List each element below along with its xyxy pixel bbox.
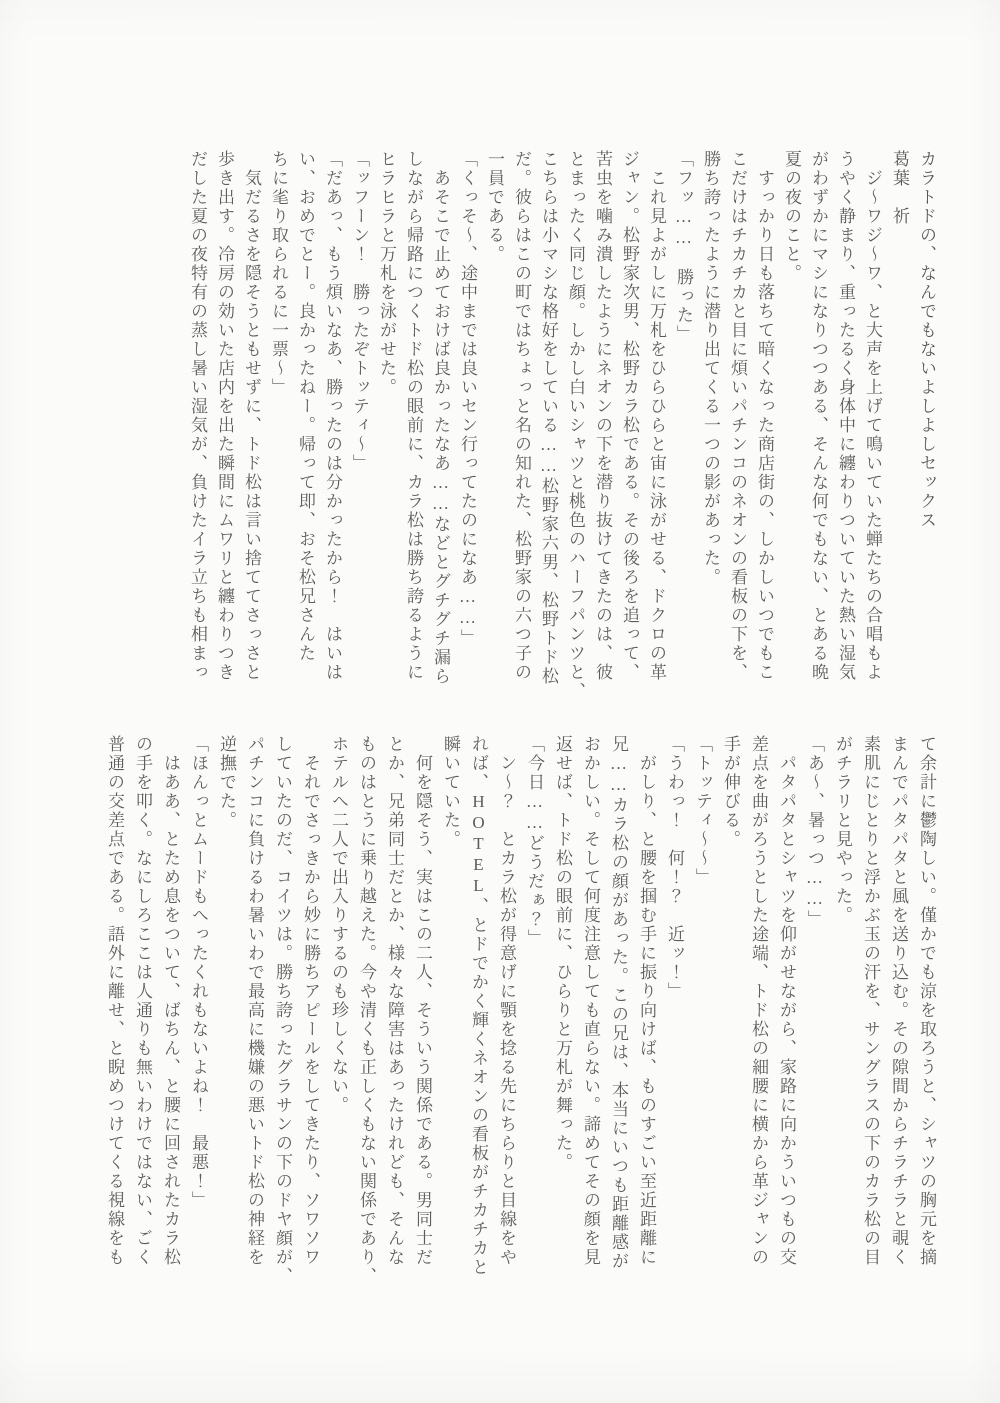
- text-column: 返せば、トド松の眼前に、ひらりと万札が舞った。: [548, 735, 576, 1310]
- text-column: これ見よがしに万札をひらひらと宙に泳がせる、ドクロの革: [643, 150, 670, 725]
- text-column: だした夏の夜特有の蒸し暑い湿気が、負けたイラ立ちも相まっ: [184, 150, 211, 725]
- text-column: 素肌にじとりと浮かぶ玉の汗を、サングラスの下のカラ松の目: [856, 735, 884, 1310]
- text-column: 逆撫でた。: [212, 735, 240, 1310]
- text-column: 「ッフーン！ 勝ったぞトッティ〜」: [346, 150, 373, 725]
- text-column: しながら帰路につくトド松の眼前に、カラ松は勝ち誇るように: [400, 150, 427, 725]
- text-column: ジ〜ワジ〜ワ、と大声を上げて鳴いていた蝉たちの合唱もよ: [859, 150, 886, 725]
- text-column: がわずかにマシになりつつある、そんな何でもない、とある晩: [805, 150, 832, 725]
- text-column: 「うわっ！ 何！？ 近ッ！」: [660, 735, 688, 1310]
- text-column: 「だあっ、もう煩いなあ、勝ったのは分かったから！ はいは: [319, 150, 346, 725]
- text-column: パタパタとシャツを仰がせながら、家路に向かういつもの交: [772, 735, 800, 1310]
- text-column: こちらは小マシな格好をしている……松野家六男、松野トド松: [535, 150, 562, 725]
- author-name: 葛葉 祈: [886, 150, 913, 725]
- text-column: 「トッティ〜〜」: [688, 735, 716, 1310]
- text-column: 兄……カラ松の顔があった。この兄は、本当にいつも距離感が: [604, 735, 632, 1310]
- text-column: 「くっそ〜、途中までは良いセン行ってたのになあ……」: [454, 150, 481, 725]
- text-column: 気だるさを隠そうともせずに、トド松は言い捨ててさっさと: [238, 150, 265, 725]
- text-column: がチラリと見やった。: [828, 735, 856, 1310]
- text-column: 差点を曲がろうとした途端、トド松の細腰に横から革ジャンの: [744, 735, 772, 1310]
- text-column: おかしい。そして何度注意しても直らない。諦めてその顔を見: [576, 735, 604, 1310]
- text-column: 夏の夜のこと。: [778, 150, 805, 725]
- text-column: あそこで止めておけば良かったなあ……などとグチグチ漏ら: [427, 150, 454, 725]
- text-column: がしり、と腰を掴む手に振り向けば、ものすごい至近距離に: [632, 735, 660, 1310]
- text-column: 手が伸びる。: [716, 735, 744, 1310]
- text-column: はああ、とため息をついて、ばちん、と腰に回されたカラ松: [156, 735, 184, 1310]
- text-column: 一員である。: [481, 150, 508, 725]
- text-column: 瞬いていた。: [436, 735, 464, 1310]
- text-column: うやく静まり、重ったるく身体中に纏わりついていた熱い湿気: [832, 150, 859, 725]
- text-column: とまったく同じ顔。しかし白いシャツと桃色のハーフパンツと、: [562, 150, 589, 725]
- text-column: パチンコに負けるわ暑いわで最高に機嫌の悪いトド松の神経を: [240, 735, 268, 1310]
- text-column: ン〜？ とカラ松が得意げに顎を捻る先にちらりと目線をや: [492, 735, 520, 1310]
- text-column: 「フッ…… 勝った」: [670, 150, 697, 725]
- text-column: 苦虫を噛み潰したようにネオンの下を潜り抜けてきたのは、彼: [589, 150, 616, 725]
- text-column: 「ほんっとムードもへったくれもないよね！ 最悪！」: [184, 735, 212, 1310]
- text-column: 普通の交差点である。語外に離せ、と睨めつけてくる視線をも: [100, 735, 128, 1310]
- text-column: ホテルへ二人で出入りするのも珍しくない。: [324, 735, 352, 1310]
- text-column: 歩き出す。冷房の効いた店内を出た瞬間にムワリと纏わりつき: [211, 150, 238, 725]
- text-column: とか、兄弟同士だとか、様々な障害はあったけれども、そんな: [380, 735, 408, 1310]
- text-column: 勝ち誇ったように潜り出てくる一つの影があった。: [697, 150, 724, 725]
- text-column: て余計に鬱陶しい。僅かでも涼を取ろうと、シャツの胸元を摘: [912, 735, 940, 1310]
- text-column: 「あ〜、暑っつ……」: [800, 735, 828, 1310]
- text-column: すっかり日も落ちて暗くなった商店街の、しかしいつでもこ: [751, 150, 778, 725]
- text-column: ヒラヒラと万札を泳がせた。: [373, 150, 400, 725]
- text-column: れば、HOTEL、とドでかく輝くネオンの看板がチカチカと: [464, 735, 492, 1310]
- bottom-text-section: て余計に鬱陶しい。僅かでも涼を取ろうと、シャツの胸元を摘まんでパタパタと風を送り…: [100, 735, 940, 1310]
- text-column: 何を隠そう、実はこの二人、そういう関係である。男同士だ: [408, 735, 436, 1310]
- text-column: こだけはチカチカと目に煩いパチンコのネオンの看板の下を、: [724, 150, 751, 725]
- text-column: していたのだ、コイツは。勝ち誇ったグラサンの下のドヤ顔が、: [268, 735, 296, 1310]
- text-column: ちに毟り取られるに一票〜」: [265, 150, 292, 725]
- text-column: まんでパタパタと風を送り込む。その隙間からチラチラと覗く: [884, 735, 912, 1310]
- text-column: の手を叩く。なにしろここは人通りも無いわけではない、ごく: [128, 735, 156, 1310]
- text-column: ジャン。松野家次男、松野カラ松である。その後ろを追って、: [616, 150, 643, 725]
- top-text-section: カラトドの、なんでもないよしよしセックス 葛葉 祈 ジ〜ワジ〜ワ、と大声を上げて…: [184, 150, 940, 725]
- text-column: 「今日……どうだぁ？」: [520, 735, 548, 1310]
- text-column: ものはとうに乗り越えた。今や清くも正しくもない関係であり、: [352, 735, 380, 1310]
- text-column: い、おめでとー。良かったねー。帰って即、おそ松兄さんた: [292, 150, 319, 725]
- scanned-novel-page: カラトドの、なんでもないよしよしセックス 葛葉 祈 ジ〜ワジ〜ワ、と大声を上げて…: [0, 0, 1000, 1403]
- text-column: それでさっきから妙に勝ちアピールをしてきたり、ソワソワ: [296, 735, 324, 1310]
- text-column: だ。彼らはこの町ではちょっと名の知れた、松野家の六つ子の: [508, 150, 535, 725]
- page-title: カラトドの、なんでもないよしよしセックス: [913, 150, 940, 725]
